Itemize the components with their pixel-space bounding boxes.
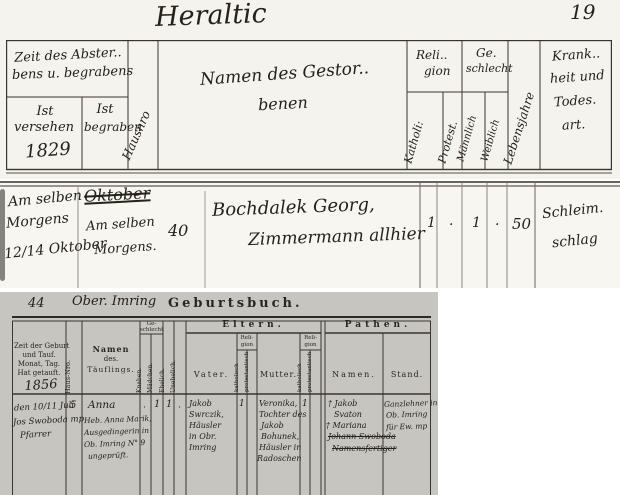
entry-lebensjahre: 50: [512, 215, 531, 233]
bcol-taeufling-line3: Täuflings.: [82, 365, 140, 374]
bentry-pathen-line1: † Jakob: [328, 399, 357, 408]
bentry-stand-line1: Ganzlehner in: [384, 398, 438, 409]
bentry-datum-line3: Pfarrer: [20, 429, 52, 441]
bcol-eltern-group: Eltern.: [186, 320, 321, 330]
bcol-taeufling-line1: Namen: [82, 344, 140, 354]
entry-begraben-struck-month: Oktober: [84, 183, 151, 205]
bentry-mutter-line1: Veronika,: [259, 399, 297, 408]
col-begraben-line1: Ist: [84, 102, 126, 117]
bentry-mutter-katholisch: 1: [302, 399, 308, 409]
bentry-pathen-line4: Johann Swoboda: [328, 432, 396, 441]
bentry-mutter-line4: Bohunek,: [261, 432, 299, 441]
bentry-ehelich-mark: 1: [166, 399, 172, 410]
bentry-taeufling-name: Anna: [88, 399, 115, 411]
bentry-vater-line4: in Obr.: [189, 432, 216, 441]
bentry-pathen-line2: Svaton: [334, 410, 362, 419]
bcol-ehelich: Ehelich.: [159, 368, 166, 393]
bcol-knaben: Knaben.: [136, 368, 143, 393]
entry-dot1: ·: [449, 217, 453, 233]
birth-register-fragment: 44 Ober. Imring Geburtsbuch.: [0, 292, 438, 495]
bcol-zeit-line4: Hat getauft.: [14, 369, 64, 377]
bcol-katholisch1: katholisch: [234, 363, 240, 392]
entry-haus-no: 40: [168, 221, 188, 240]
bentry-vater-line2: Swrczik,: [189, 410, 224, 419]
bcol-protestantisch2: protestantisch: [307, 352, 313, 392]
col-namen-line2: benen: [258, 93, 309, 115]
death-register-header-fragment: Heraltic 19 Zeit des Abster.. bens u. be…: [0, 0, 620, 179]
bcol-religion1-line2: gion: [237, 342, 257, 348]
bcol-religion1-line1: Reli-: [237, 335, 257, 341]
col-geschlecht-line1: Ge.: [476, 46, 497, 60]
bcol-katholisch2: katholisch: [297, 363, 303, 392]
bcol-zeit-line2: und Tauf.: [14, 351, 64, 359]
death-register-title: Heraltic: [154, 0, 267, 33]
bentry-haus-nro: 5: [70, 400, 76, 411]
bcol-zeit-line1: Zeit der Geburt: [14, 342, 64, 350]
bentry-mutter-line5: Häusler in: [259, 443, 301, 452]
bentry-pathen-line3: † Mariana: [326, 421, 367, 430]
bcol-religion2-line2: gion: [300, 342, 321, 348]
bcol-pathen-stand: Stand.: [383, 370, 431, 379]
bentry-hebamme-line4: ungeprüft.: [88, 450, 129, 460]
col-versehen-year: 1829: [17, 138, 78, 163]
col-religion-line2: gion: [424, 64, 450, 78]
scanned-church-register-composite: Heraltic 19 Zeit des Abster.. bens u. be…: [0, 0, 620, 495]
col-geschlecht-line2: schlecht: [466, 62, 513, 75]
bcol-taeufling-line2: des.: [82, 355, 140, 363]
death-register-entry-fragment: Am selben Morgens 12/14 Oktober Oktober …: [0, 181, 620, 288]
bentry-mutter-line2: Tochter des: [259, 410, 306, 419]
bentry-vater-line5: Imring: [189, 443, 216, 452]
bcol-zeit-line3: Monat, Tag.: [14, 360, 64, 368]
bcol-pathen-group: Pathen.: [325, 320, 431, 330]
col-krankheit-line3: Todes.: [554, 93, 597, 111]
birth-book-title: Geburtsbuch.: [168, 296, 303, 311]
bentry-vater-line1: Jakob: [189, 399, 212, 408]
bentry-maedchen-mark: 1: [154, 399, 160, 410]
bcol-religion2-line1: Reli-: [300, 335, 321, 341]
birth-page-number: 44: [28, 296, 45, 311]
entry-katholisch-mark: 1: [427, 215, 436, 231]
entry-dot2: ·: [495, 217, 499, 233]
bcol-vater: Vater.: [186, 370, 237, 379]
scan-edge-shadow: [0, 189, 5, 281]
bentry-mutter-line6: Radoschen: [257, 454, 302, 463]
bentry-stand-line2: Ob. Imring: [386, 409, 428, 419]
page-number: 19: [570, 0, 595, 24]
col-versehen-line1: Ist: [10, 104, 80, 119]
bcol-pathen-namen: Namen.: [325, 370, 383, 379]
bentry-vater-katholisch: 1: [239, 399, 245, 409]
birth-place: Ober. Imring: [72, 294, 156, 309]
col-krankheit-line4: art.: [562, 117, 586, 134]
bentry-unehelich-dot: ·: [178, 403, 181, 413]
bcol-geschlecht-line2: schlecht: [140, 327, 163, 333]
col-versehen-line2: versehen: [8, 120, 80, 135]
bcol-maedchen: Mädchen.: [147, 363, 154, 393]
bentry-mutter-line3: Jakob: [261, 421, 284, 430]
col-religion-line1: Reli..: [416, 48, 447, 62]
bcol-unehelich: Unehelich.: [170, 360, 177, 393]
bentry-vater-line3: Häusler: [189, 421, 221, 430]
entry-maennlich-mark: 1: [472, 215, 481, 231]
bcol-haus-nro: Haus-Nro.: [64, 360, 72, 394]
bentry-pathen-line5: Namensfertiger: [332, 444, 396, 453]
bentry-knaben-dot: ·: [143, 403, 146, 413]
bcol-mutter: Mutter.: [257, 370, 300, 379]
bcol-protestantisch1: protestantisch: [244, 352, 250, 392]
bentry-stand-line3: für Ew. mp: [386, 421, 428, 431]
